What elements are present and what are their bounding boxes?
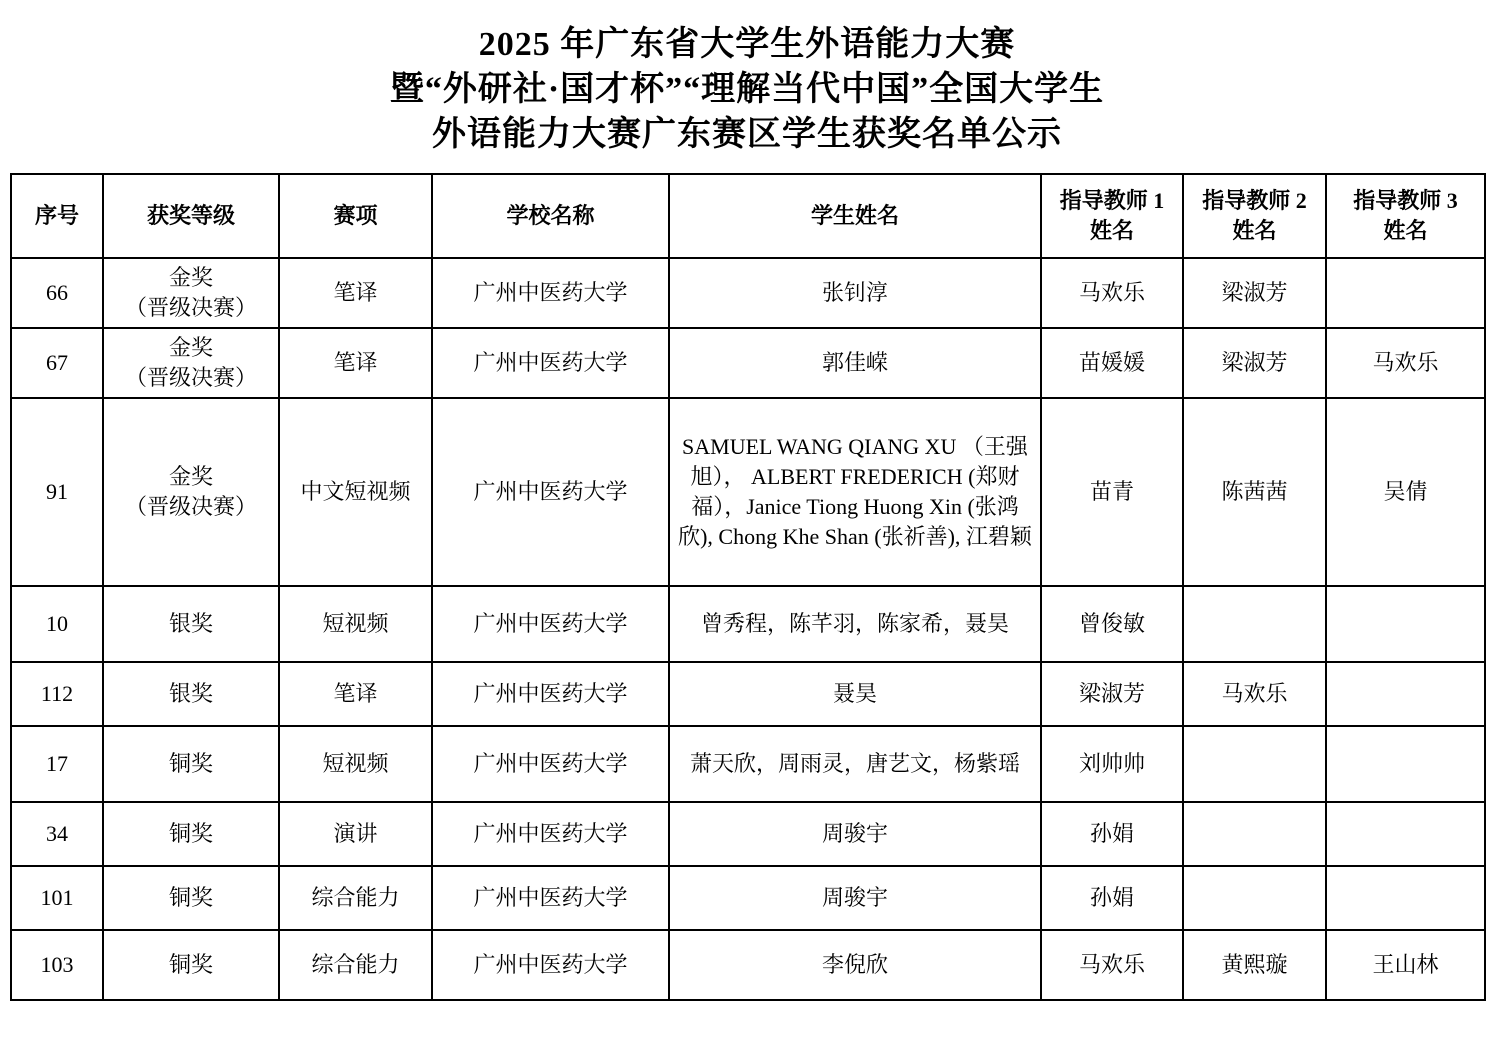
cell-school: 广州中医药大学 (432, 258, 669, 328)
document-title: 2025 年广东省大学生外语能力大赛 暨“外研社·国才杯”“理解当代中国”全国大… (10, 22, 1484, 157)
column-header-students: 学生姓名 (669, 174, 1041, 258)
cell-school: 广州中医药大学 (432, 866, 669, 930)
cell-school: 广州中医药大学 (432, 930, 669, 1000)
cell-no: 112 (11, 662, 103, 726)
table-row: 101铜奖综合能力广州中医药大学周骏宇孙娟 (11, 866, 1485, 930)
cell-students: 郭佳嵘 (669, 328, 1041, 398)
cell-students: 周骏宇 (669, 802, 1041, 866)
cell-no: 10 (11, 586, 103, 662)
cell-teacher2: 梁淑芳 (1183, 328, 1326, 398)
table-row: 17铜奖短视频广州中医药大学萧天欣，周雨灵，唐艺文，杨紫瑶刘帅帅 (11, 726, 1485, 802)
column-header-teacher2: 指导教师 2 姓名 (1183, 174, 1326, 258)
table-row: 10银奖短视频广州中医药大学曾秀程，陈芊羽，陈家希，聂昊曾俊敏 (11, 586, 1485, 662)
cell-teacher1: 梁淑芳 (1041, 662, 1183, 726)
table-row: 66金奖 （晋级决赛）笔译广州中医药大学张钊淳马欢乐梁淑芳 (11, 258, 1485, 328)
cell-school: 广州中医药大学 (432, 586, 669, 662)
cell-teacher2: 梁淑芳 (1183, 258, 1326, 328)
column-header-teacher1: 指导教师 1 姓名 (1041, 174, 1183, 258)
awards-table: 序号获奖等级赛项学校名称学生姓名指导教师 1 姓名指导教师 2 姓名指导教师 3… (10, 173, 1486, 1001)
cell-students: 聂昊 (669, 662, 1041, 726)
cell-teacher2: 马欢乐 (1183, 662, 1326, 726)
cell-award: 铜奖 (103, 802, 279, 866)
cell-teacher2: 陈茜茜 (1183, 398, 1326, 586)
cell-teacher3 (1326, 258, 1485, 328)
cell-event: 短视频 (279, 726, 432, 802)
cell-event: 演讲 (279, 802, 432, 866)
cell-school: 广州中医药大学 (432, 726, 669, 802)
header-row: 序号获奖等级赛项学校名称学生姓名指导教师 1 姓名指导教师 2 姓名指导教师 3… (11, 174, 1485, 258)
cell-teacher3 (1326, 866, 1485, 930)
table-row: 67金奖 （晋级决赛）笔译广州中医药大学郭佳嵘苗媛媛梁淑芳马欢乐 (11, 328, 1485, 398)
cell-students: SAMUEL WANG QIANG XU （王强旭）， ALBERT FREDE… (669, 398, 1041, 586)
awards-table-header: 序号获奖等级赛项学校名称学生姓名指导教师 1 姓名指导教师 2 姓名指导教师 3… (11, 174, 1485, 258)
column-header-event: 赛项 (279, 174, 432, 258)
cell-teacher2 (1183, 866, 1326, 930)
cell-teacher1: 马欢乐 (1041, 258, 1183, 328)
column-header-award: 获奖等级 (103, 174, 279, 258)
column-header-school: 学校名称 (432, 174, 669, 258)
cell-award: 铜奖 (103, 866, 279, 930)
awards-table-body: 66金奖 （晋级决赛）笔译广州中医药大学张钊淳马欢乐梁淑芳67金奖 （晋级决赛）… (11, 258, 1485, 1000)
cell-students: 萧天欣，周雨灵，唐艺文，杨紫瑶 (669, 726, 1041, 802)
cell-school: 广州中医药大学 (432, 328, 669, 398)
cell-teacher3 (1326, 586, 1485, 662)
cell-award: 银奖 (103, 586, 279, 662)
table-row: 91金奖 （晋级决赛）中文短视频广州中医药大学SAMUEL WANG QIANG… (11, 398, 1485, 586)
cell-school: 广州中医药大学 (432, 802, 669, 866)
cell-teacher1: 苗媛媛 (1041, 328, 1183, 398)
cell-event: 笔译 (279, 258, 432, 328)
cell-students: 张钊淳 (669, 258, 1041, 328)
cell-teacher2 (1183, 726, 1326, 802)
cell-school: 广州中医药大学 (432, 398, 669, 586)
cell-no: 103 (11, 930, 103, 1000)
column-header-no: 序号 (11, 174, 103, 258)
table-row: 112银奖笔译广州中医药大学聂昊梁淑芳马欢乐 (11, 662, 1485, 726)
cell-students: 曾秀程，陈芊羽，陈家希，聂昊 (669, 586, 1041, 662)
title-line-1: 2025 年广东省大学生外语能力大赛 (10, 22, 1484, 67)
cell-teacher3: 王山林 (1326, 930, 1485, 1000)
cell-no: 17 (11, 726, 103, 802)
cell-students: 周骏宇 (669, 866, 1041, 930)
cell-teacher3 (1326, 662, 1485, 726)
cell-teacher2 (1183, 586, 1326, 662)
cell-award: 金奖 （晋级决赛） (103, 258, 279, 328)
cell-teacher1: 曾俊敏 (1041, 586, 1183, 662)
cell-award: 铜奖 (103, 930, 279, 1000)
table-row: 103铜奖综合能力广州中医药大学李倪欣马欢乐黄熙璇王山林 (11, 930, 1485, 1000)
cell-no: 34 (11, 802, 103, 866)
cell-teacher1: 孙娟 (1041, 802, 1183, 866)
cell-no: 101 (11, 866, 103, 930)
title-line-2: 暨“外研社·国才杯”“理解当代中国”全国大学生 (10, 67, 1484, 112)
document-page: 2025 年广东省大学生外语能力大赛 暨“外研社·国才杯”“理解当代中国”全国大… (0, 22, 1494, 1001)
cell-event: 综合能力 (279, 930, 432, 1000)
cell-teacher3 (1326, 726, 1485, 802)
cell-no: 66 (11, 258, 103, 328)
cell-teacher3 (1326, 802, 1485, 866)
cell-event: 笔译 (279, 662, 432, 726)
cell-teacher1: 刘帅帅 (1041, 726, 1183, 802)
cell-teacher1: 马欢乐 (1041, 930, 1183, 1000)
cell-teacher2: 黄熙璇 (1183, 930, 1326, 1000)
cell-teacher3: 吴倩 (1326, 398, 1485, 586)
cell-award: 金奖 （晋级决赛） (103, 328, 279, 398)
cell-teacher3: 马欢乐 (1326, 328, 1485, 398)
title-line-3: 外语能力大赛广东赛区学生获奖名单公示 (10, 112, 1484, 157)
cell-event: 中文短视频 (279, 398, 432, 586)
cell-event: 综合能力 (279, 866, 432, 930)
cell-teacher1: 孙娟 (1041, 866, 1183, 930)
cell-award: 金奖 （晋级决赛） (103, 398, 279, 586)
table-row: 34铜奖演讲广州中医药大学周骏宇孙娟 (11, 802, 1485, 866)
cell-teacher2 (1183, 802, 1326, 866)
column-header-teacher3: 指导教师 3 姓名 (1326, 174, 1485, 258)
cell-award: 铜奖 (103, 726, 279, 802)
cell-no: 67 (11, 328, 103, 398)
cell-no: 91 (11, 398, 103, 586)
cell-event: 短视频 (279, 586, 432, 662)
cell-school: 广州中医药大学 (432, 662, 669, 726)
cell-students: 李倪欣 (669, 930, 1041, 1000)
cell-teacher1: 苗青 (1041, 398, 1183, 586)
cell-award: 银奖 (103, 662, 279, 726)
cell-event: 笔译 (279, 328, 432, 398)
